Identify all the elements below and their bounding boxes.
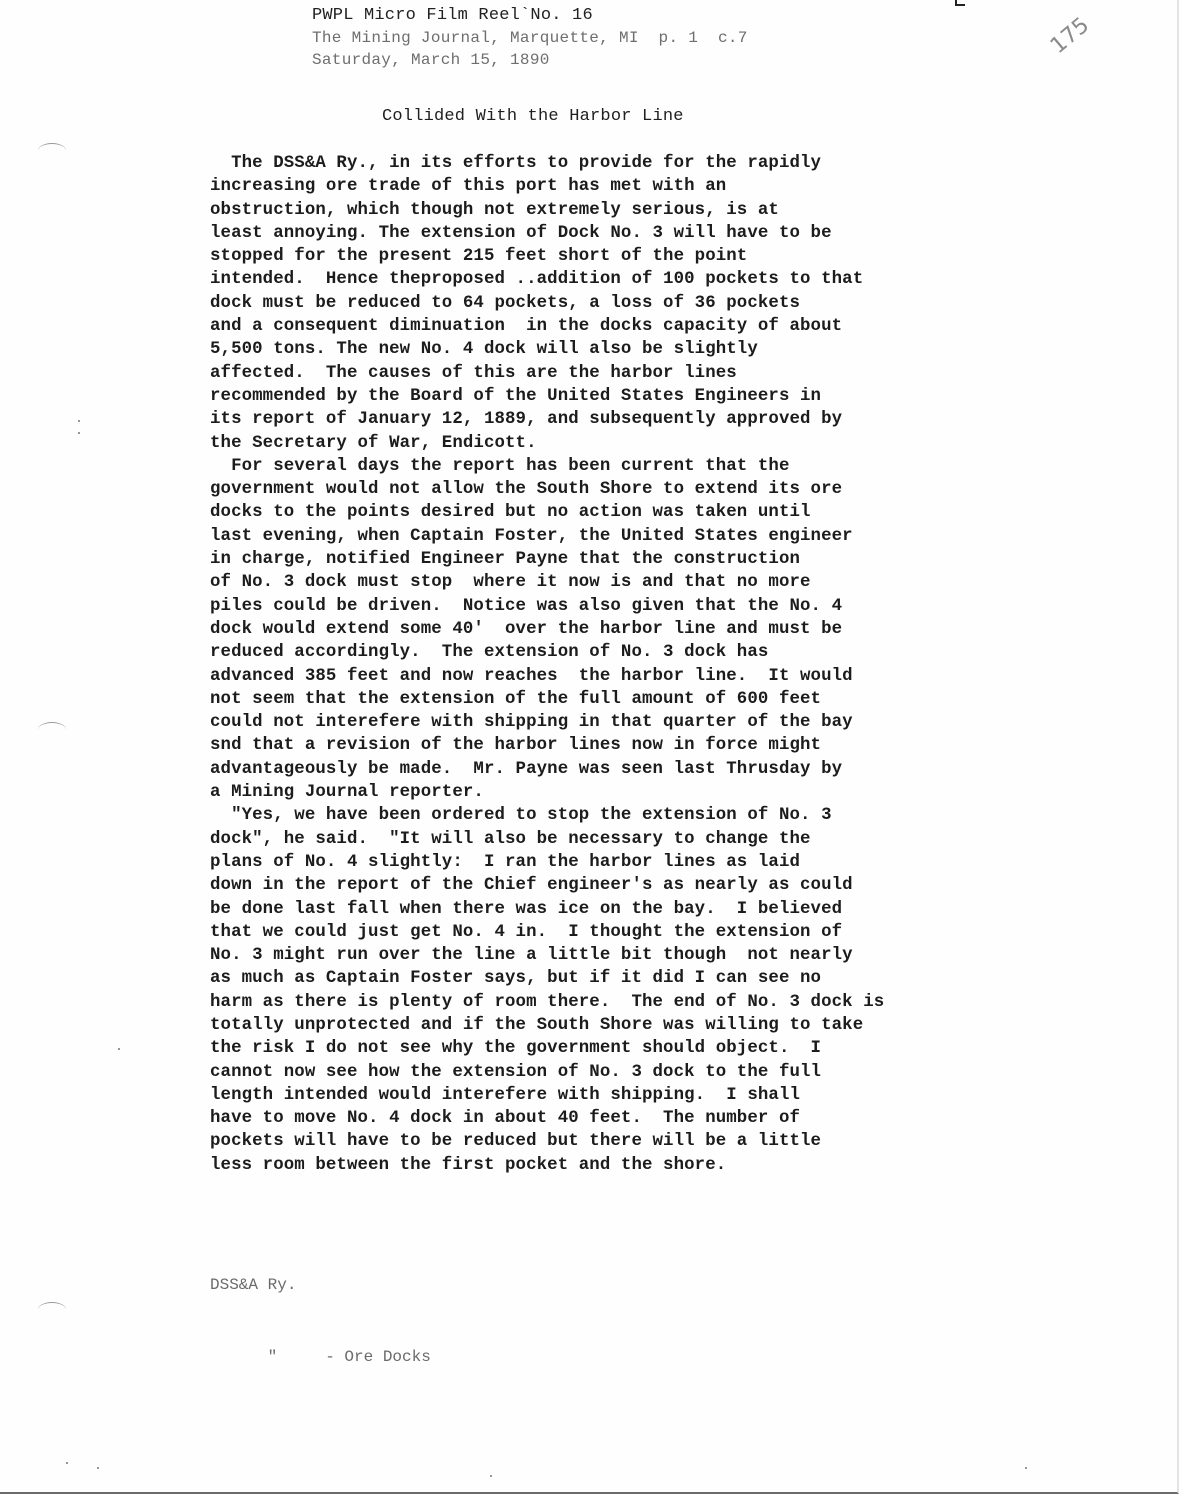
article-line: be done last fall when there was ice on … bbox=[210, 898, 970, 921]
article-line: piles could be driven. Notice was also g… bbox=[210, 595, 970, 618]
hole-punch-mark-icon bbox=[38, 143, 66, 158]
handwritten-page-number: 175 bbox=[1046, 13, 1094, 59]
article-line: docks to the points desired but no actio… bbox=[210, 501, 970, 524]
article-line: dock would extend some 40' over the harb… bbox=[210, 618, 970, 641]
scan-speck bbox=[97, 1467, 99, 1469]
article-line: recommended by the Board of the United S… bbox=[210, 385, 970, 408]
hole-punch-mark-icon bbox=[38, 722, 66, 737]
article-line: No. 3 might run over the line a little b… bbox=[210, 944, 970, 967]
scan-speck bbox=[1025, 1467, 1027, 1469]
article-line: a Mining Journal reporter. bbox=[210, 781, 970, 804]
article-line: intended. Hence theproposed ..addition o… bbox=[210, 268, 970, 291]
article-line: snd that a revision of the harbor lines … bbox=[210, 734, 970, 757]
article-line: increasing ore trade of this port has me… bbox=[210, 175, 970, 198]
article-line: in charge, notified Engineer Payne that … bbox=[210, 548, 970, 571]
article-line: 5,500 tons. The new No. 4 dock will also… bbox=[210, 338, 970, 361]
article-line: totally unprotected and if the South Sho… bbox=[210, 1014, 970, 1037]
index-note-railway: DSS&A Ry. bbox=[210, 1273, 431, 1297]
article-line: reduced accordingly. The extension of No… bbox=[210, 641, 970, 664]
microfilm-reel-label: PWPL Micro Film Reel`No. 16 bbox=[312, 5, 748, 27]
article-line: not seem that the extension of the full … bbox=[210, 688, 970, 711]
article-line: have to move No. 4 dock in about 40 feet… bbox=[210, 1107, 970, 1130]
article-line: For several days the report has been cur… bbox=[210, 455, 970, 478]
scan-speck bbox=[118, 1048, 120, 1050]
article-line: cannot now see how the extension of No. … bbox=[210, 1061, 970, 1084]
document-header: PWPL Micro Film Reel`No. 16 The Mining J… bbox=[312, 5, 748, 71]
publication-date: Saturday, March 15, 1890 bbox=[312, 49, 748, 71]
article-line: down in the report of the Chief engineer… bbox=[210, 874, 970, 897]
article-line: plans of No. 4 slightly: I ran the harbo… bbox=[210, 851, 970, 874]
article-title: Collided With the Harbor Line bbox=[382, 107, 684, 126]
scan-speck bbox=[66, 1462, 68, 1464]
article-line: advantageously be made. Mr. Payne was se… bbox=[210, 758, 970, 781]
article-line: and a consequent diminuation in the dock… bbox=[210, 315, 970, 338]
article-line: last evening, when Captain Foster, the U… bbox=[210, 525, 970, 548]
article-line: as much as Captain Foster says, but if i… bbox=[210, 967, 970, 990]
article-line: the Secretary of War, Endicott. bbox=[210, 432, 970, 455]
scan-speck bbox=[78, 432, 80, 434]
scan-corner-mark bbox=[955, 0, 965, 6]
article-line: could not interefere with shipping in th… bbox=[210, 711, 970, 734]
article-line: advanced 385 feet and now reaches the ha… bbox=[210, 665, 970, 688]
article-line: least annoying. The extension of Dock No… bbox=[210, 222, 970, 245]
article-line: harm as there is plenty of room there. T… bbox=[210, 991, 970, 1014]
article-line: affected. The causes of this are the har… bbox=[210, 362, 970, 385]
article-line: pockets will have to be reduced but ther… bbox=[210, 1130, 970, 1153]
article-line: The DSS&A Ry., in its efforts to provide… bbox=[210, 152, 970, 175]
index-notes: DSS&A Ry. " - Ore Docks bbox=[210, 1225, 431, 1417]
article-line: "Yes, we have been ordered to stop the e… bbox=[210, 804, 970, 827]
article-line: dock", he said. "It will also be necessa… bbox=[210, 828, 970, 851]
article-line: its report of January 12, 1889, and subs… bbox=[210, 408, 970, 431]
scan-speck bbox=[490, 1475, 492, 1477]
scan-speck bbox=[78, 420, 80, 422]
index-note-ore-docks: " - Ore Docks bbox=[210, 1345, 431, 1369]
document-page: PWPL Micro Film Reel`No. 16 The Mining J… bbox=[0, 0, 1179, 1494]
article-line: the risk I do not see why the government… bbox=[210, 1037, 970, 1060]
article-line: government would not allow the South Sho… bbox=[210, 478, 970, 501]
article-line: stopped for the present 215 feet short o… bbox=[210, 245, 970, 268]
article-line: of No. 3 dock must stop where it now is … bbox=[210, 571, 970, 594]
article-line: dock must be reduced to 64 pockets, a lo… bbox=[210, 292, 970, 315]
article-line: that we could just get No. 4 in. I thoug… bbox=[210, 921, 970, 944]
article-line: length intended would interefere with sh… bbox=[210, 1084, 970, 1107]
hole-punch-mark-icon bbox=[38, 1302, 66, 1317]
article-line: less room between the first pocket and t… bbox=[210, 1154, 970, 1177]
newspaper-source: The Mining Journal, Marquette, MI p. 1 c… bbox=[312, 27, 748, 49]
article-line: obstruction, which though not extremely … bbox=[210, 199, 970, 222]
article-body: The DSS&A Ry., in its efforts to provide… bbox=[210, 152, 970, 1177]
